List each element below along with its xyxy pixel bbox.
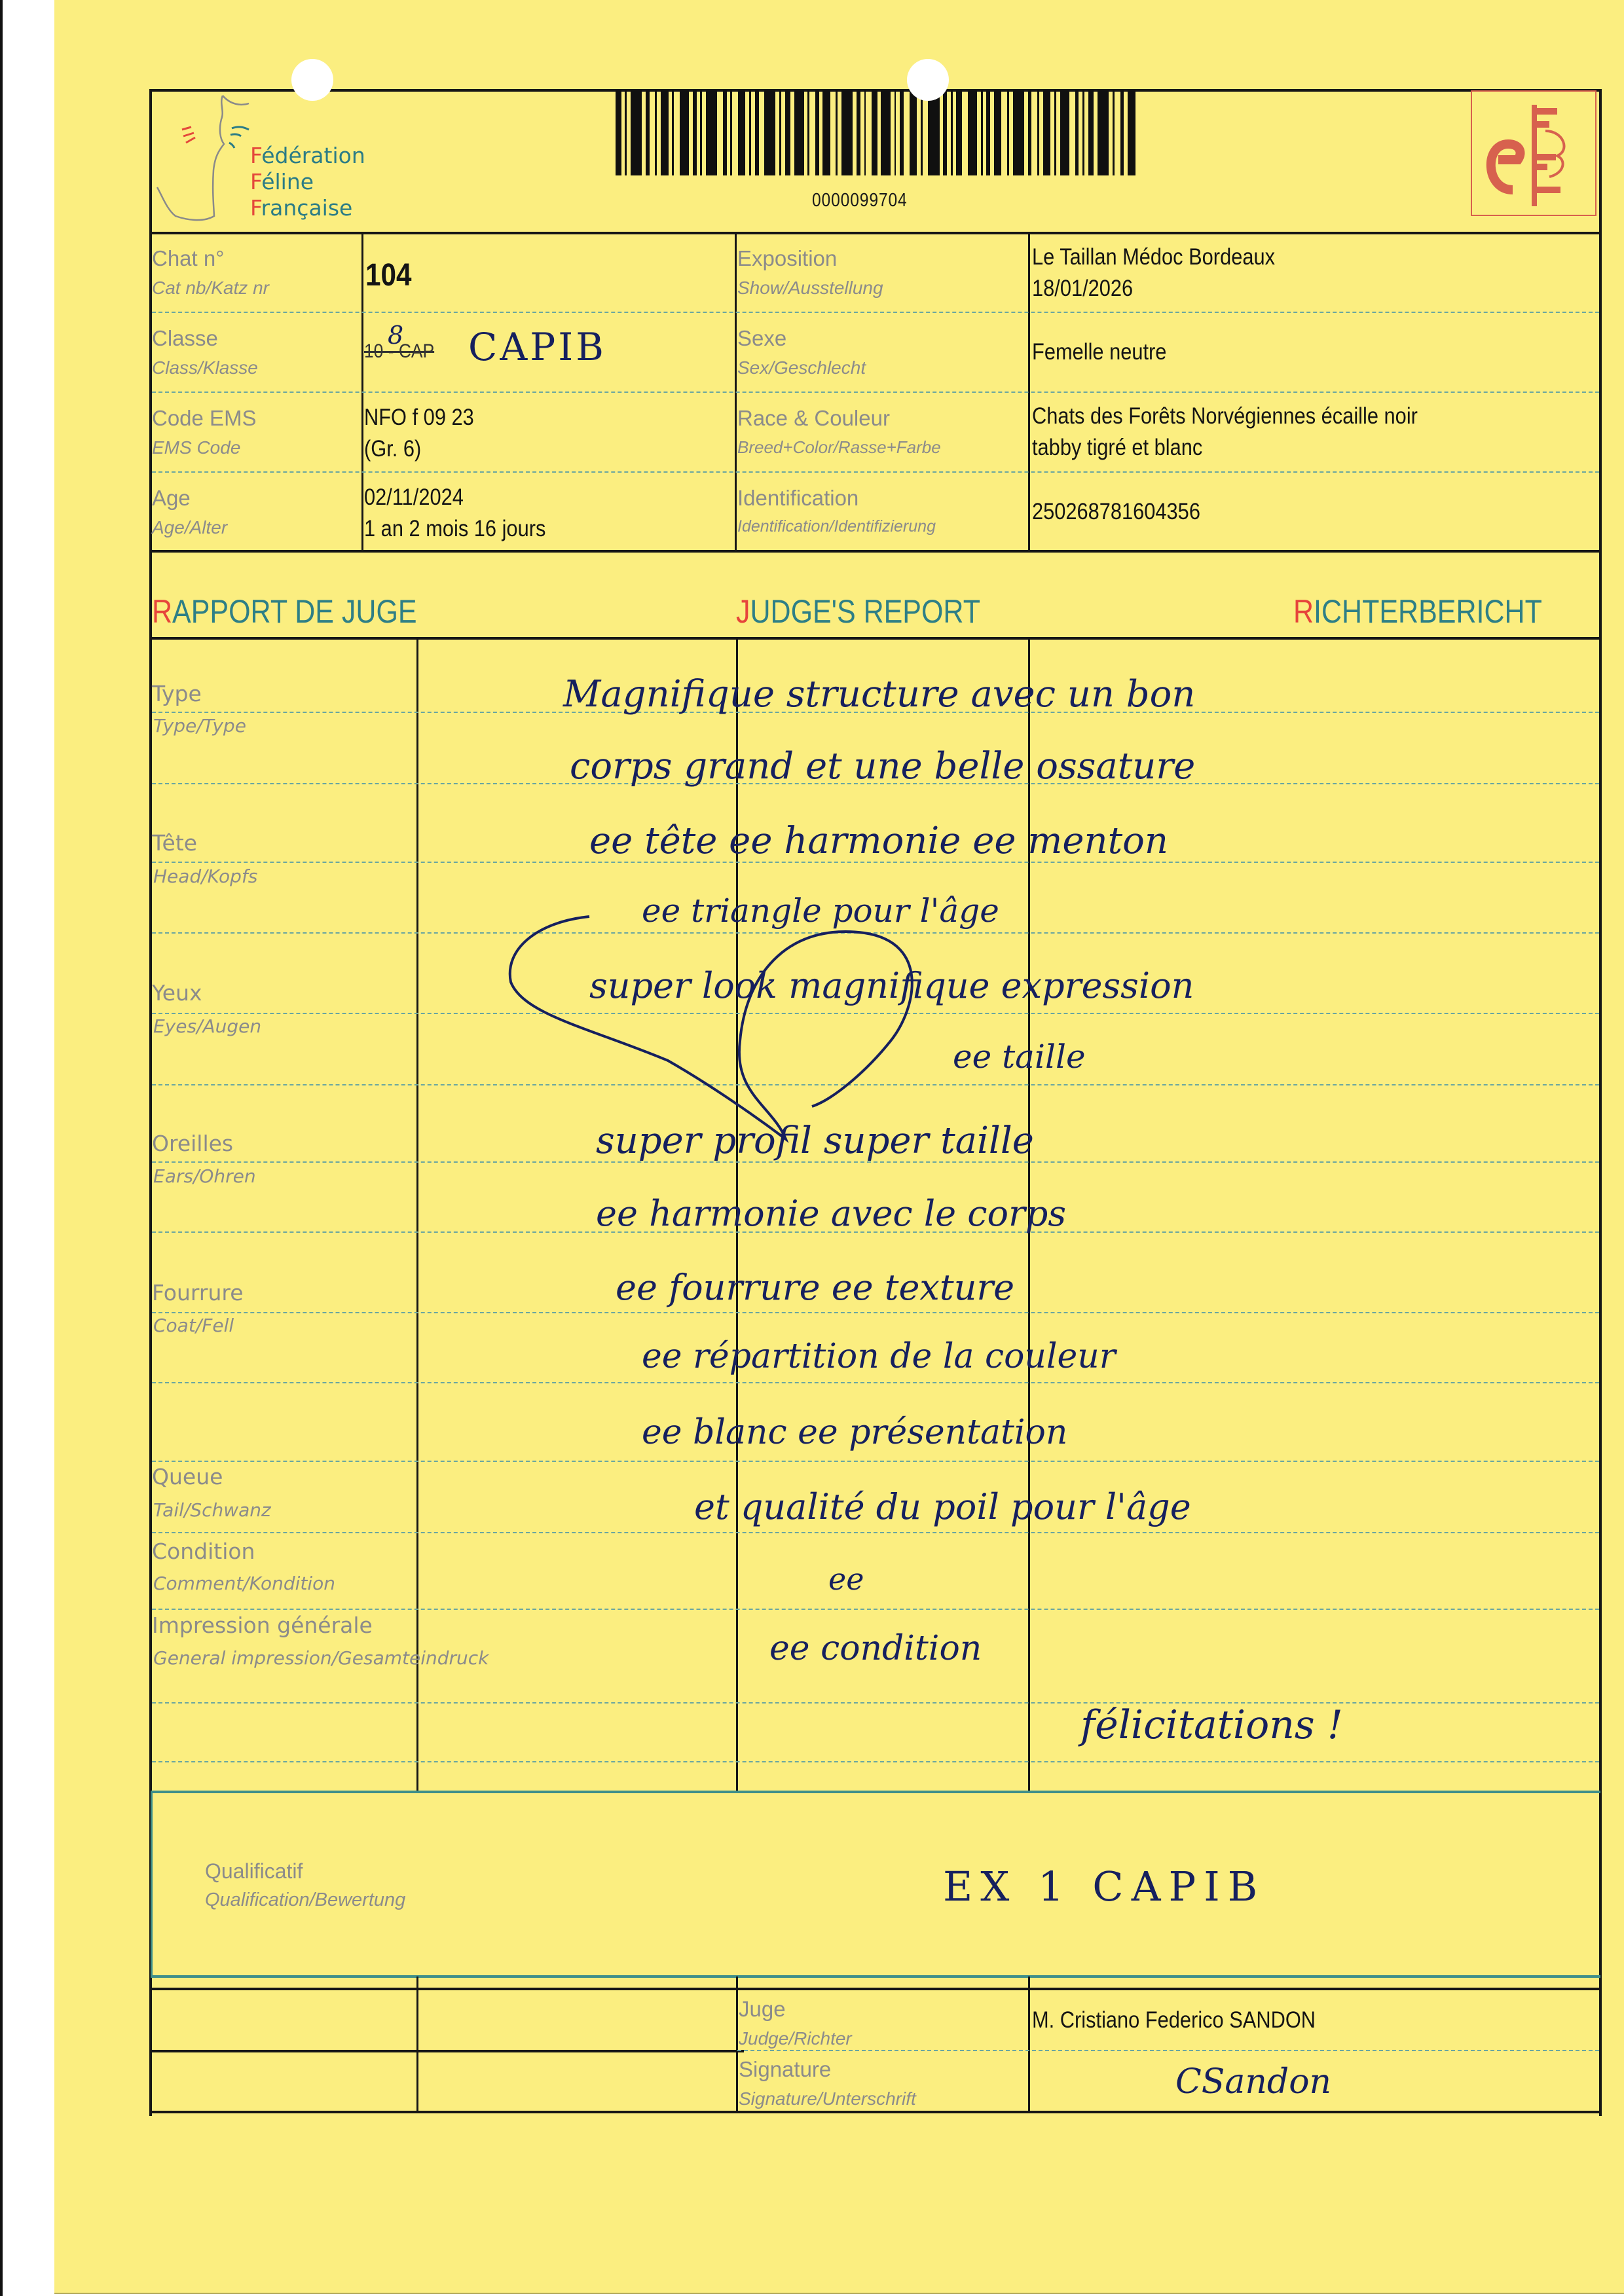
judge-signature: CSandon [1175, 2062, 1331, 2102]
sublabel-ems-code: EMS Code [152, 437, 240, 458]
row-rule [152, 392, 1599, 393]
row-rule [152, 1702, 1599, 1704]
ffe-monogram-icon [1471, 90, 1596, 216]
row-rule [152, 1532, 1599, 1533]
label-breed: Race & Couleur [737, 406, 890, 431]
heart-doodle-icon [498, 910, 956, 1146]
barcode-bar [785, 90, 791, 175]
barcode-bar [1060, 90, 1069, 175]
barcode-bar [1043, 90, 1051, 175]
criterion-general-impression-sub: General impression/Gesamteindruck [153, 1647, 489, 1669]
sublabel-class: Class/Klasse [152, 357, 258, 378]
class-handwritten-value: CAPIB [468, 325, 606, 369]
comment-line: ee [828, 1561, 864, 1597]
barcode [616, 90, 1139, 175]
barcode-bar [866, 90, 872, 175]
logo-initial: F [250, 195, 261, 221]
sublabel-show: Show/Ausstellung [737, 278, 883, 299]
scanner-margin [0, 0, 54, 2296]
criterion-condition-sub: Comment/Kondition [153, 1573, 335, 1594]
barcode-bar [764, 90, 775, 175]
column-divider [416, 638, 418, 1791]
sublabel-cat-number: Cat nb/Katz nr [152, 278, 269, 299]
row-rule [152, 1461, 1599, 1462]
logo-word: rançaise [261, 195, 353, 221]
title-de: RICHTERBERICHT [1293, 592, 1542, 630]
title-fr: RAPPORT DE JUGE [152, 592, 417, 630]
barcode-bar [881, 90, 890, 175]
row-rule [152, 1382, 1599, 1383]
ems-code-line1: NFO f 09 23 [364, 405, 474, 431]
label-qualification: Qualificatif [205, 1859, 303, 1884]
label-identification: Identification [737, 486, 858, 511]
barcode-number: 0000099704 [812, 190, 908, 211]
logo-word: édération [261, 143, 365, 168]
cat-number-value: 104 [365, 257, 411, 293]
sex-value: Femelle neutre [1032, 339, 1166, 365]
qualification-value: EX 1 CAPIB [943, 1863, 1265, 1910]
logo-initial: F [250, 143, 261, 168]
comment-line: ee condition [769, 1629, 982, 1668]
barcode-bar [841, 90, 853, 175]
label-cat-number: Chat n° [152, 246, 224, 271]
title-en: JUDGE'S REPORT [736, 592, 980, 630]
barcode-bar [759, 90, 765, 175]
title-text: UDGE'S REPORT [750, 593, 980, 630]
comment-line: ee fourrure ee texture [616, 1267, 1014, 1308]
barcode-bar [956, 90, 962, 175]
breed-line2: tabby tigré et blanc [1032, 435, 1202, 461]
form-right-border [1599, 551, 1602, 2116]
barcode-bar [1128, 90, 1135, 175]
barcode-bar [968, 90, 977, 175]
label-ems-code: Code EMS [152, 406, 257, 431]
barcode-bar [616, 90, 621, 175]
barcode-bar [1001, 90, 1007, 175]
comment-line: ee blanc ee présentation [642, 1413, 1067, 1452]
criterion-tail: Queue [152, 1464, 223, 1489]
column-divider [416, 1977, 418, 2112]
criterion-tail-sub: Tail/Schwanz [153, 1499, 271, 1521]
comment-line: Magnifique structure avec un bon [563, 673, 1195, 716]
barcode-bar [962, 90, 968, 175]
footer-rule [149, 1988, 1602, 1990]
criterion-coat: Fourrure [152, 1280, 244, 1305]
barcode-bar [1013, 90, 1024, 175]
column-divider [736, 1977, 738, 2112]
criterion-head: Tête [152, 830, 197, 856]
sublabel-qualification: Qualification/Bewertung [205, 1889, 405, 1911]
criterion-type: Type [152, 681, 202, 706]
qualification-bottom-border [151, 1975, 1600, 1978]
criterion-ears: Oreilles [152, 1131, 233, 1156]
title-initial: R [1293, 593, 1314, 630]
criterion-head-sub: Head/Kopfs [153, 866, 257, 887]
comment-line: ee répartition de la couleur [642, 1337, 1116, 1376]
barcode-bar [631, 90, 642, 175]
label-judge: Juge [739, 1997, 786, 2022]
barcode-bar [822, 90, 830, 175]
barcode-bar [794, 90, 803, 175]
barcode-bar [706, 90, 717, 175]
label-class: Classe [152, 326, 218, 351]
criterion-eyes-sub: Eyes/Augen [153, 1015, 261, 1037]
judge-name: M. Cristiano Federico SANDON [1032, 2007, 1316, 2033]
identification-value: 250268781604356 [1032, 499, 1200, 525]
show-name: Le Taillan Médoc Bordeaux [1032, 244, 1275, 270]
title-initial: J [736, 593, 750, 630]
barcode-bar [650, 90, 655, 175]
row-rule [152, 1609, 1599, 1610]
sublabel-signature: Signature/Unterschrift [739, 2088, 916, 2109]
barcode-bar [928, 90, 939, 175]
qualification-left-border [151, 1792, 153, 1975]
barcode-bar [1098, 90, 1109, 175]
comment-line: ee taille [953, 1038, 1086, 1076]
sublabel-breed: Breed+Color/Rasse+Farbe [737, 437, 941, 458]
federation-logo-text: Fédération Féline Française [250, 143, 365, 221]
comment-line: corps grand et une belle ossature [570, 745, 1195, 788]
barcode-bar [809, 90, 815, 175]
barcode-bar [738, 90, 746, 175]
criterion-condition: Condition [152, 1539, 255, 1564]
comment-line: ee tête ee harmonie ee menton [589, 820, 1168, 862]
row-rule [152, 1761, 1599, 1762]
criterion-general-impression: Impression générale [152, 1613, 373, 1638]
show-date: 18/01/2026 [1032, 276, 1133, 302]
sublabel-judge: Judge/Richter [739, 2028, 852, 2049]
age-value: 1 an 2 mois 16 jours [364, 516, 545, 542]
barcode-bar [1135, 90, 1139, 175]
title-initial: R [152, 593, 172, 630]
barcode-bar [994, 90, 1002, 175]
barcode-bar [674, 90, 680, 175]
row-rule [152, 471, 1599, 473]
scanner-edge-shadow [0, 0, 3, 2296]
logo-initial: F [250, 169, 261, 194]
barcode-bar [1115, 90, 1120, 175]
comment-line: félicitations ! [1080, 1702, 1343, 1748]
label-signature: Signature [739, 2057, 831, 2082]
sublabel-age: Age/Alter [152, 517, 227, 538]
breed-line1: Chats des Forêts Norvégiennes écaille no… [1032, 403, 1418, 429]
criterion-coat-sub: Coat/Fell [153, 1315, 234, 1336]
column-divider [1028, 1977, 1030, 2112]
sublabel-identification: Identification/Identifizierung [737, 517, 936, 536]
criterion-type-sub: Type/Type [153, 715, 246, 737]
comment-line: ee harmonie avec le corps [596, 1193, 1066, 1234]
criterion-ears-sub: Ears/Ohren [153, 1165, 256, 1187]
footer-bottom-border [149, 2111, 1602, 2113]
barcode-bar [1031, 90, 1037, 175]
title-text: ICHTERBERICHT [1314, 593, 1542, 630]
barcode-bar [717, 90, 723, 175]
qualification-top-border [151, 1791, 1600, 1793]
barcode-bar [830, 90, 836, 175]
comment-line: et qualité du poil pour l'âge [694, 1486, 1191, 1527]
barcode-bar [1069, 90, 1075, 175]
footer-rule [149, 2050, 744, 2052]
title-text: APPORT DE JUGE [172, 593, 417, 630]
row-rule [152, 312, 1599, 313]
barcode-bar [1088, 90, 1094, 175]
sublabel-sex: Sex/Geschlecht [737, 357, 866, 378]
row-rule [152, 1312, 1599, 1313]
birth-date: 02/11/2024 [364, 484, 464, 511]
report-top-border [149, 637, 1602, 640]
punch-hole [907, 59, 949, 101]
punch-hole [291, 59, 333, 101]
barcode-bar [904, 90, 910, 175]
barcode-bar [661, 90, 669, 175]
barcode-bar [680, 90, 689, 175]
label-age: Age [152, 486, 191, 511]
ems-code-line2: (Gr. 6) [364, 436, 421, 462]
label-sex: Sexe [737, 326, 786, 351]
barcode-bar [923, 90, 929, 175]
row-rule [737, 2050, 1599, 2051]
barcode-bar [910, 90, 917, 175]
barcode-bar [872, 90, 877, 175]
criterion-eyes: Yeux [152, 980, 202, 1006]
class-handwritten-correction: 8 [388, 321, 403, 350]
label-show: Exposition [737, 246, 837, 271]
barcode-bar [732, 90, 738, 175]
logo-word: éline [261, 169, 314, 194]
